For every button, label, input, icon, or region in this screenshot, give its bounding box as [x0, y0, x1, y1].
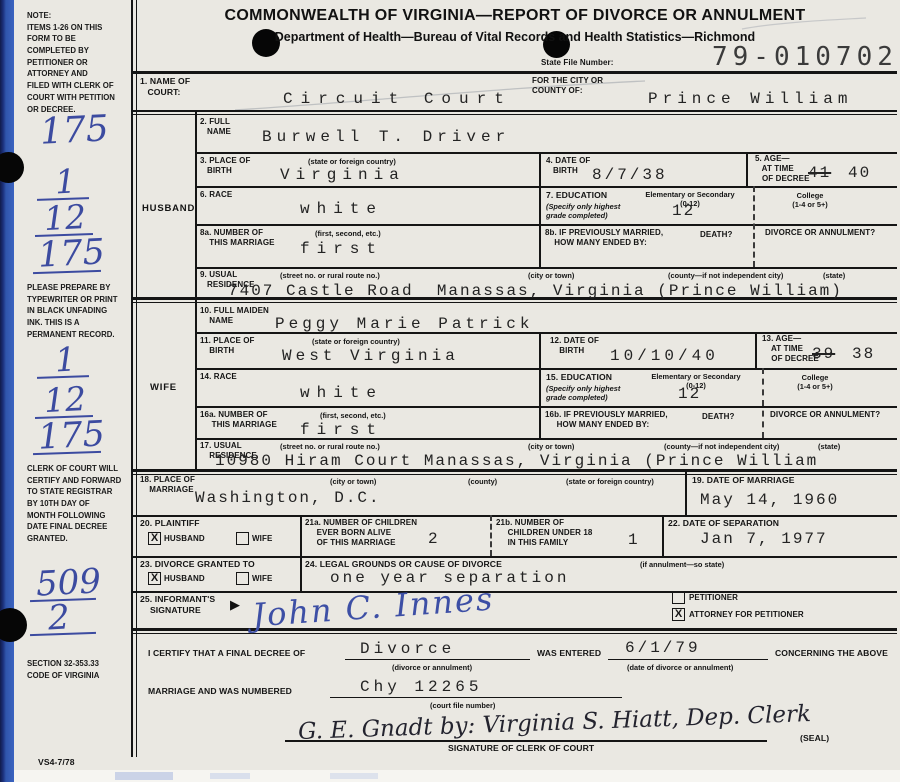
wife-education-elem-value: 12 — [678, 385, 701, 403]
rule — [136, 0, 138, 757]
wife-name-value: Peggy Marie Patrick — [275, 315, 533, 333]
wife-birthplace-value: West Virginia — [282, 347, 459, 365]
rule — [133, 114, 897, 115]
rule — [345, 659, 530, 660]
scan-blue-edge — [0, 0, 14, 782]
was-entered-label: WAS ENTERED — [537, 648, 601, 659]
place-city-hint: (city or town) — [330, 477, 376, 486]
scan-artifact — [330, 773, 378, 779]
wife-death-label: DEATH? — [702, 412, 734, 422]
court-county-value: Prince William — [648, 90, 852, 108]
rule — [133, 515, 897, 517]
place-of-marriage-value: Washington, D.C. — [195, 489, 381, 507]
wife-education-hint: (Specify only highest grade completed) — [546, 384, 620, 403]
rule — [330, 697, 622, 698]
hole-punch — [0, 152, 24, 183]
rule — [746, 152, 748, 186]
wife-education-label: 15. EDUCATION — [546, 372, 612, 383]
court-file-number-hint: (court file number) — [430, 701, 495, 710]
state-file-number: 79-010702 — [712, 42, 898, 72]
certify-line1-post: CONCERNING THE ABOVE — [775, 648, 888, 659]
wife-marriage-number-hint: (first, second, etc.) — [320, 411, 386, 420]
husband-band-label: HUSBAND — [142, 203, 195, 214]
husband-birthplace-label: 3. PLACE OF BIRTH — [200, 156, 250, 176]
certify-line1-pre: I CERTIFY THAT A FINAL DECREE OF — [148, 648, 305, 659]
rule — [608, 659, 768, 660]
rule — [133, 628, 897, 631]
court-county-label: FOR THE CITY OR COUNTY OF: — [532, 76, 603, 96]
husband-marriage-number-label: 8a. NUMBER OF THIS MARRIAGE — [200, 228, 275, 248]
margin-note-prepare: PLEASE PREPARE BY TYPEWRITER OR PRINT IN… — [27, 282, 118, 340]
scanned-divorce-report: COMMONWEALTH OF VIRGINIA—REPORT OF DIVOR… — [0, 0, 900, 782]
court-name-value: Circuit Court — [283, 90, 512, 108]
children-under-18-label: 21b. NUMBER OF CHILDREN UNDER 18 IN THIS… — [496, 518, 592, 548]
rule — [755, 332, 757, 368]
date-of-marriage-label: 19. DATE OF MARRIAGE — [692, 475, 795, 486]
husband-education-hint: (Specify only highest grade completed) — [546, 202, 620, 221]
husband-residence-state-hint: (state) — [823, 271, 845, 280]
husband-birthdate-label: 4. DATE OF BIRTH — [546, 156, 590, 176]
scan-artifact — [115, 772, 173, 780]
wife-residence-county-hint: (county—if not independent city) — [664, 442, 779, 451]
husband-age-label: 5. AGE— AT TIME OF DECREE — [755, 154, 810, 184]
handwritten-12: 12 — [43, 379, 87, 420]
husband-name-label: 2. FULL NAME — [200, 117, 231, 137]
granted-husband-label: HUSBAND — [164, 574, 205, 584]
decree-date-hint: (date of divorce or annulment) — [627, 663, 733, 672]
petitioner-label: PETITIONER — [689, 593, 738, 603]
pen-squiggle — [740, 16, 870, 32]
form-code: VS4-7/78 — [38, 757, 75, 768]
rule — [195, 186, 897, 188]
date-of-separation-value: Jan 7, 1977 — [700, 530, 828, 548]
petitioner-checkbox — [672, 591, 685, 604]
rule — [539, 332, 541, 438]
husband-residence-city-hint: (city or town) — [528, 271, 574, 280]
wife-residence-value: 10980 Hiram Court Manassas, Virginia (Pr… — [215, 452, 818, 470]
plaintiff-wife-checkbox — [236, 532, 249, 545]
handwritten-12: 12 — [43, 197, 87, 238]
place-county-hint: (county) — [468, 477, 497, 486]
husband-divorce-annulment-label: DIVORCE OR ANNULMENT? — [765, 228, 875, 238]
attorney-for-petitioner-label: ATTORNEY FOR PETITIONER — [689, 610, 804, 620]
legal-grounds-hint: (if annulment—so state) — [640, 560, 724, 569]
wife-band-label: WIFE — [150, 382, 177, 393]
husband-education-college-label: College (1-4 or 5+) — [765, 191, 855, 210]
rule — [753, 186, 755, 267]
decree-type-value: Divorce — [360, 640, 455, 658]
granted-husband-checkbox: X — [148, 572, 161, 585]
husband-age-struck: 41 — [808, 164, 831, 182]
rule — [133, 633, 897, 634]
arrow-icon: ▶ — [230, 597, 240, 613]
wife-education-college-label: College (1-4 or 5+) — [770, 373, 860, 392]
children-born-value: 2 — [428, 530, 440, 548]
husband-previous-marriage-label: 8b. IF PREVIOUSLY MARRIED, HOW MANY ENDE… — [545, 228, 663, 248]
handwritten-175-top: 175 — [39, 108, 110, 153]
husband-residence-value: 7407 Castle Road Manassas, Virginia (Pri… — [228, 282, 843, 300]
granted-wife-label: WIFE — [252, 574, 272, 584]
plaintiff-label: 20. PLAINTIFF — [140, 518, 200, 529]
wife-residence-city-hint: (city or town) — [528, 442, 574, 451]
handwritten-1: 1 — [54, 339, 77, 379]
divorce-granted-to-label: 23. DIVORCE GRANTED TO — [140, 559, 255, 570]
rule — [685, 471, 687, 515]
informant-signature-value: John C. Innes — [251, 580, 495, 635]
hole-punch — [0, 608, 27, 642]
attorney-for-petitioner-checkbox: X — [672, 608, 685, 621]
rule — [539, 152, 541, 267]
wife-birthdate-label: 12. DATE OF BIRTH — [550, 336, 599, 356]
rule — [300, 515, 302, 591]
margin-note-clerk: CLERK OF COURT WILL CERTIFY AND FORWARD … — [27, 463, 121, 545]
husband-race-value: white — [300, 200, 383, 218]
place-of-marriage-label: 18. PLACE OF MARRIAGE — [140, 475, 195, 495]
clerk-signature-line-label: SIGNATURE OF CLERK OF COURT — [448, 743, 594, 754]
husband-education-label: 7. EDUCATION — [546, 190, 607, 201]
decree-date-value: 6/1/79 — [625, 639, 701, 657]
wife-residence-street-hint: (street no. or rural route no.) — [280, 442, 380, 451]
rule — [195, 111, 197, 471]
margin-note-top: NOTE: ITEMS 1-26 ON THIS FORM TO BE COMP… — [27, 10, 115, 115]
decree-type-hint: (divorce or annulment) — [392, 663, 472, 672]
informant-signature-label: 25. INFORMANT'S SIGNATURE — [140, 594, 215, 615]
certify-line2-pre: MARRIAGE AND WAS NUMBERED — [148, 686, 292, 697]
husband-marriage-number-value: first — [300, 240, 383, 258]
wife-marriage-number-label: 16a. NUMBER OF THIS MARRIAGE — [200, 410, 277, 430]
rule — [131, 0, 133, 757]
plaintiff-husband-label: HUSBAND — [164, 534, 205, 544]
wife-divorce-annulment-label: DIVORCE OR ANNULMENT? — [770, 410, 880, 420]
wife-marriage-number-value: first — [300, 421, 383, 439]
court-file-number-value: Chy 12265 — [360, 678, 482, 696]
date-of-separation-label: 22. DATE OF SEPARATION — [668, 518, 779, 529]
seal-label: (SEAL) — [800, 733, 829, 744]
rule — [133, 110, 897, 112]
husband-birthplace-hint: (state or foreign country) — [308, 157, 396, 166]
clerk-signature-value: G. E. Gnadt by: Virginia S. Hiatt, Dep. … — [298, 701, 812, 745]
scan-artifact — [210, 773, 250, 779]
husband-age-value: 40 — [848, 164, 871, 182]
rule — [133, 556, 897, 558]
rule — [133, 71, 897, 74]
rule — [490, 515, 492, 556]
wife-birthplace-label: 11. PLACE OF BIRTH — [200, 336, 255, 356]
state-file-label: State File Number: — [541, 58, 613, 68]
wife-age-value: 38 — [852, 345, 875, 363]
husband-name-value: Burwell T. Driver — [262, 128, 510, 146]
rule — [662, 515, 664, 556]
wife-birthplace-hint: (state or foreign country) — [312, 337, 400, 346]
husband-race-label: 6. RACE — [200, 190, 232, 200]
wife-name-label: 10. FULL MAIDEN NAME — [200, 306, 269, 326]
wife-race-value: white — [300, 384, 383, 402]
rule — [195, 224, 897, 226]
court-name-label: 1. NAME OF COURT: — [140, 76, 190, 97]
wife-age-label: 13. AGE— AT TIME OF DECREE — [762, 334, 819, 364]
date-of-marriage-value: May 14, 1960 — [700, 491, 839, 509]
wife-race-label: 14. RACE — [200, 372, 237, 382]
wife-age-struck: 39 — [812, 345, 835, 363]
children-under-18-value: 1 — [628, 531, 640, 549]
margin-note-section: SECTION 32-353.33 CODE OF VIRGINIA — [27, 658, 99, 681]
plaintiff-wife-label: WIFE — [252, 534, 272, 544]
husband-residence-county-hint: (county—if not independent city) — [668, 271, 783, 280]
rule — [195, 406, 897, 408]
rule — [285, 740, 767, 742]
husband-death-label: DEATH? — [700, 230, 732, 240]
wife-residence-state-hint: (state) — [818, 442, 840, 451]
place-state-hint: (state or foreign country) — [566, 477, 654, 486]
wife-previous-marriage-label: 16b. IF PREVIOUSLY MARRIED, HOW MANY END… — [545, 410, 668, 430]
children-born-label: 21a. NUMBER OF CHILDREN EVER BORN ALIVE … — [305, 518, 417, 548]
rule — [195, 368, 897, 370]
rule — [195, 267, 897, 269]
plaintiff-husband-checkbox: X — [148, 532, 161, 545]
wife-birthdate-value: 10/10/40 — [610, 347, 719, 365]
handwritten-1: 1 — [54, 161, 77, 201]
husband-birthdate-value: 8/7/38 — [592, 166, 668, 184]
granted-wife-checkbox — [236, 572, 249, 585]
rule — [762, 368, 764, 438]
husband-residence-street-hint: (street no. or rural route no.) — [280, 271, 380, 280]
husband-marriage-number-hint: (first, second, etc.) — [315, 229, 381, 238]
husband-education-elem-value: 12 — [672, 202, 695, 220]
husband-birthplace-value: Virginia — [280, 166, 405, 184]
rule — [133, 591, 897, 593]
rule — [133, 302, 897, 303]
